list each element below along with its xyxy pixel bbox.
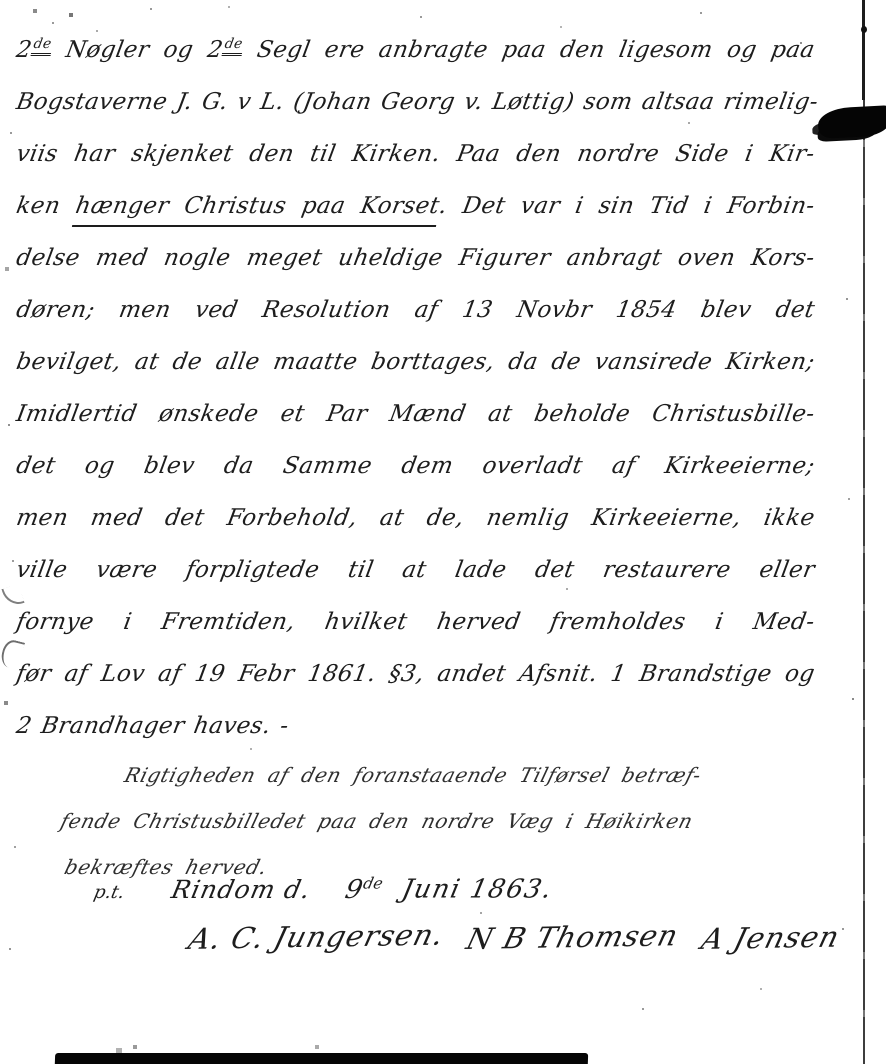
handwritten-line: viis har skjenket den til Kirken. Paa de…: [12, 128, 819, 180]
text-segment: viis har skjenket den til Kirken. Paa de…: [14, 141, 817, 167]
handwritten-line: Imidlertid ønskede et Par Mænd at behold…: [12, 388, 819, 440]
signature: N B Thomsen: [463, 918, 682, 956]
handwritten-line: men med det Forbehold, at de, nemlig Kir…: [12, 492, 819, 544]
handwritten-line: delse med nogle meget uheldige Figurer a…: [12, 232, 819, 284]
pt-abbreviation: p.t.: [92, 882, 127, 903]
handwritten-line: Bogstaverne J. G. v L. (Johan Georg v. L…: [12, 76, 819, 128]
text-segment: men med det Forbehold, at de, nemlig Kir…: [14, 505, 817, 531]
text-segment: Imidlertid ønskede et Par Mænd at behold…: [14, 401, 817, 427]
handwritten-line: 2de Nøgler og 2de Segl ere anbragte paa …: [12, 24, 819, 76]
text-segment: 2 Brandhager haves. -: [14, 713, 291, 739]
text-segment: Segl ere anbragte paa den ligesom og paa: [240, 37, 817, 63]
handwritten-line: det og blev da Samme dem overladt af Kir…: [12, 440, 819, 492]
scan-noise-speckles: [0, 0, 2, 2]
scan-edge-artifact-bar: [55, 1053, 588, 1064]
certification-line: Rigtigheden af den foranstaaende Tilførs…: [55, 752, 739, 798]
text-segment: . Det var i sin Tid i Forbin-: [437, 193, 817, 219]
place-name: Rindom d.: [169, 875, 314, 904]
handwritten-line: bevilget, at de alle maatte borttages, d…: [12, 336, 819, 388]
signature: A Jensen: [698, 920, 843, 956]
right-margin-rule-line: [863, 0, 865, 1064]
text-segment: Nøgler og 2: [49, 37, 225, 63]
text-segment: ken: [14, 193, 78, 219]
text-segment: det og blev da Samme dem overladt af Kir…: [14, 453, 817, 479]
scanned-document-page: 2de Nøgler og 2de Segl ere anbragte paa …: [0, 0, 886, 1064]
signature-row: A. C. Jungersen.N B ThomsenA Jensen: [185, 922, 834, 956]
text-segment: bevilget, at de alle maatte borttages, d…: [14, 349, 817, 375]
text-segment: delse med nogle meget uheldige Figurer a…: [14, 245, 817, 271]
handwritten-line: 2 Brandhager haves. -: [12, 700, 819, 752]
text-segment: Bogstaverne J. G. v L. (Johan Georg v. L…: [14, 89, 820, 115]
signature: A. C. Jungersen.: [185, 918, 448, 956]
certification-line: fende Christusbilledet paa den nordre Væ…: [55, 798, 739, 844]
handwritten-line: ville være forpligtede til at lade det r…: [12, 544, 819, 596]
handwritten-line: døren; men ved Resolution af 13 Novbr 18…: [12, 284, 819, 336]
underlined-phrase: hænger Christus paa Korset: [72, 193, 441, 227]
ink-blot-artifact: [817, 105, 886, 139]
date-line: p.t. Rindom d. 9de Juni 1863.: [92, 864, 558, 902]
handwritten-line: fornye i Fremtiden, hvilket herved fremh…: [12, 596, 819, 648]
day-ordinal-suffix: de: [362, 874, 385, 892]
month-year: Juni 1863.: [399, 875, 555, 905]
text-segment: fornye i Fremtiden, hvilket herved fremh…: [14, 609, 817, 635]
text-segment: ville være forpligtede til at lade det r…: [14, 557, 817, 583]
handwritten-line: ken hænger Christus paa Korset. Det var …: [12, 180, 819, 232]
main-handwritten-text: 2de Nøgler og 2de Segl ere anbragte paa …: [12, 24, 810, 752]
handwritten-line: før af Lov af 19 Febr 1861. §3, andet Af…: [12, 648, 819, 700]
day-number: 9de: [342, 875, 384, 905]
text-segment: før af Lov af 19 Febr 1861. §3, andet Af…: [14, 661, 817, 687]
text-segment: døren; men ved Resolution af 13 Novbr 18…: [14, 297, 817, 323]
